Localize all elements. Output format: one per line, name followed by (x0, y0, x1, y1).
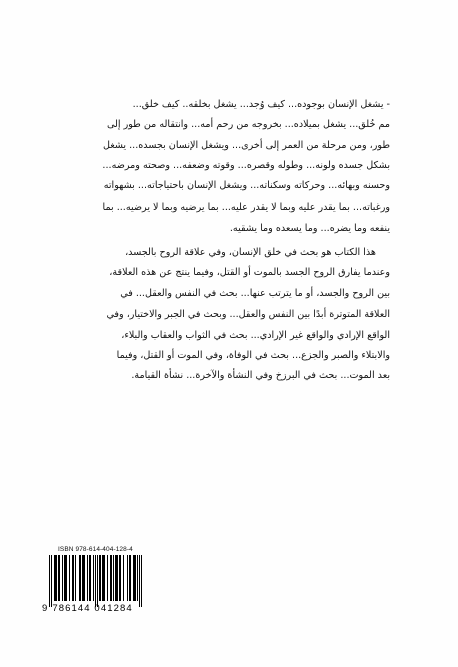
blurb-line: ورغباته... بما يقدر عليه وبما لا يقدر عل… (103, 201, 390, 215)
ean-number: 786144 041284 (52, 603, 132, 614)
blurb-line: بعد الموت... بحث في البرزخ وفي النشأة وا… (131, 369, 390, 383)
blurb-line: وحسنه وبهائه... وحركاته وسكناته... ويشغل… (104, 179, 390, 193)
blurb-line: - يشغل الإنسان بوجوده... كيف وُجد... يشغ… (133, 98, 390, 112)
blurb-line: ينفعه وما يضره... وما يسعده وما يشقيه. (230, 222, 390, 236)
blurb-line: بشكل جسده ولونه... وطوله وقصره... وقوته … (102, 159, 390, 173)
blurb-line: مم خُلق... يشغل بميلاده... بخروجه من رحم… (107, 118, 390, 132)
blurb-line: العلاقة المتوترة أبدًا بين النفس والعقل.… (106, 308, 390, 322)
blurb-line: الواقع الإرادي والواقع غير الإرادي... بح… (121, 329, 390, 343)
blurb-line: طور، ومن مرحلة من العمر إلى أخرى... ويشغ… (103, 139, 390, 153)
barcode-bars (49, 555, 142, 607)
blurb-line: وعندما يفارق الروح الجسد بالموت أو القتل… (109, 266, 390, 280)
ean-digits: 9786144 041284 (42, 603, 133, 614)
book-back-cover: - يشغل الإنسان بوجوده... كيف وُجد... يشغ… (0, 0, 458, 667)
blurb-line: والابتلاء والصبر والجزع... بحث في الوفاة… (117, 349, 390, 363)
isbn-label: ISBN 978-614-404-128-4 (58, 546, 133, 553)
blurb-text: - يشغل الإنسان بوجوده... كيف وُجد... يشغ… (40, 98, 390, 408)
isbn-barcode: ISBN 978-614-404-128-4 9786144 041284 (28, 543, 148, 619)
blurb-line: هذا الكتاب هو بحث في خلق الإنسان، وفي عل… (125, 246, 376, 260)
ean-first-digit: 9 (42, 603, 48, 614)
blurb-line: بين الروح والجسد، أو ما يترتب عنها... بح… (120, 287, 390, 301)
